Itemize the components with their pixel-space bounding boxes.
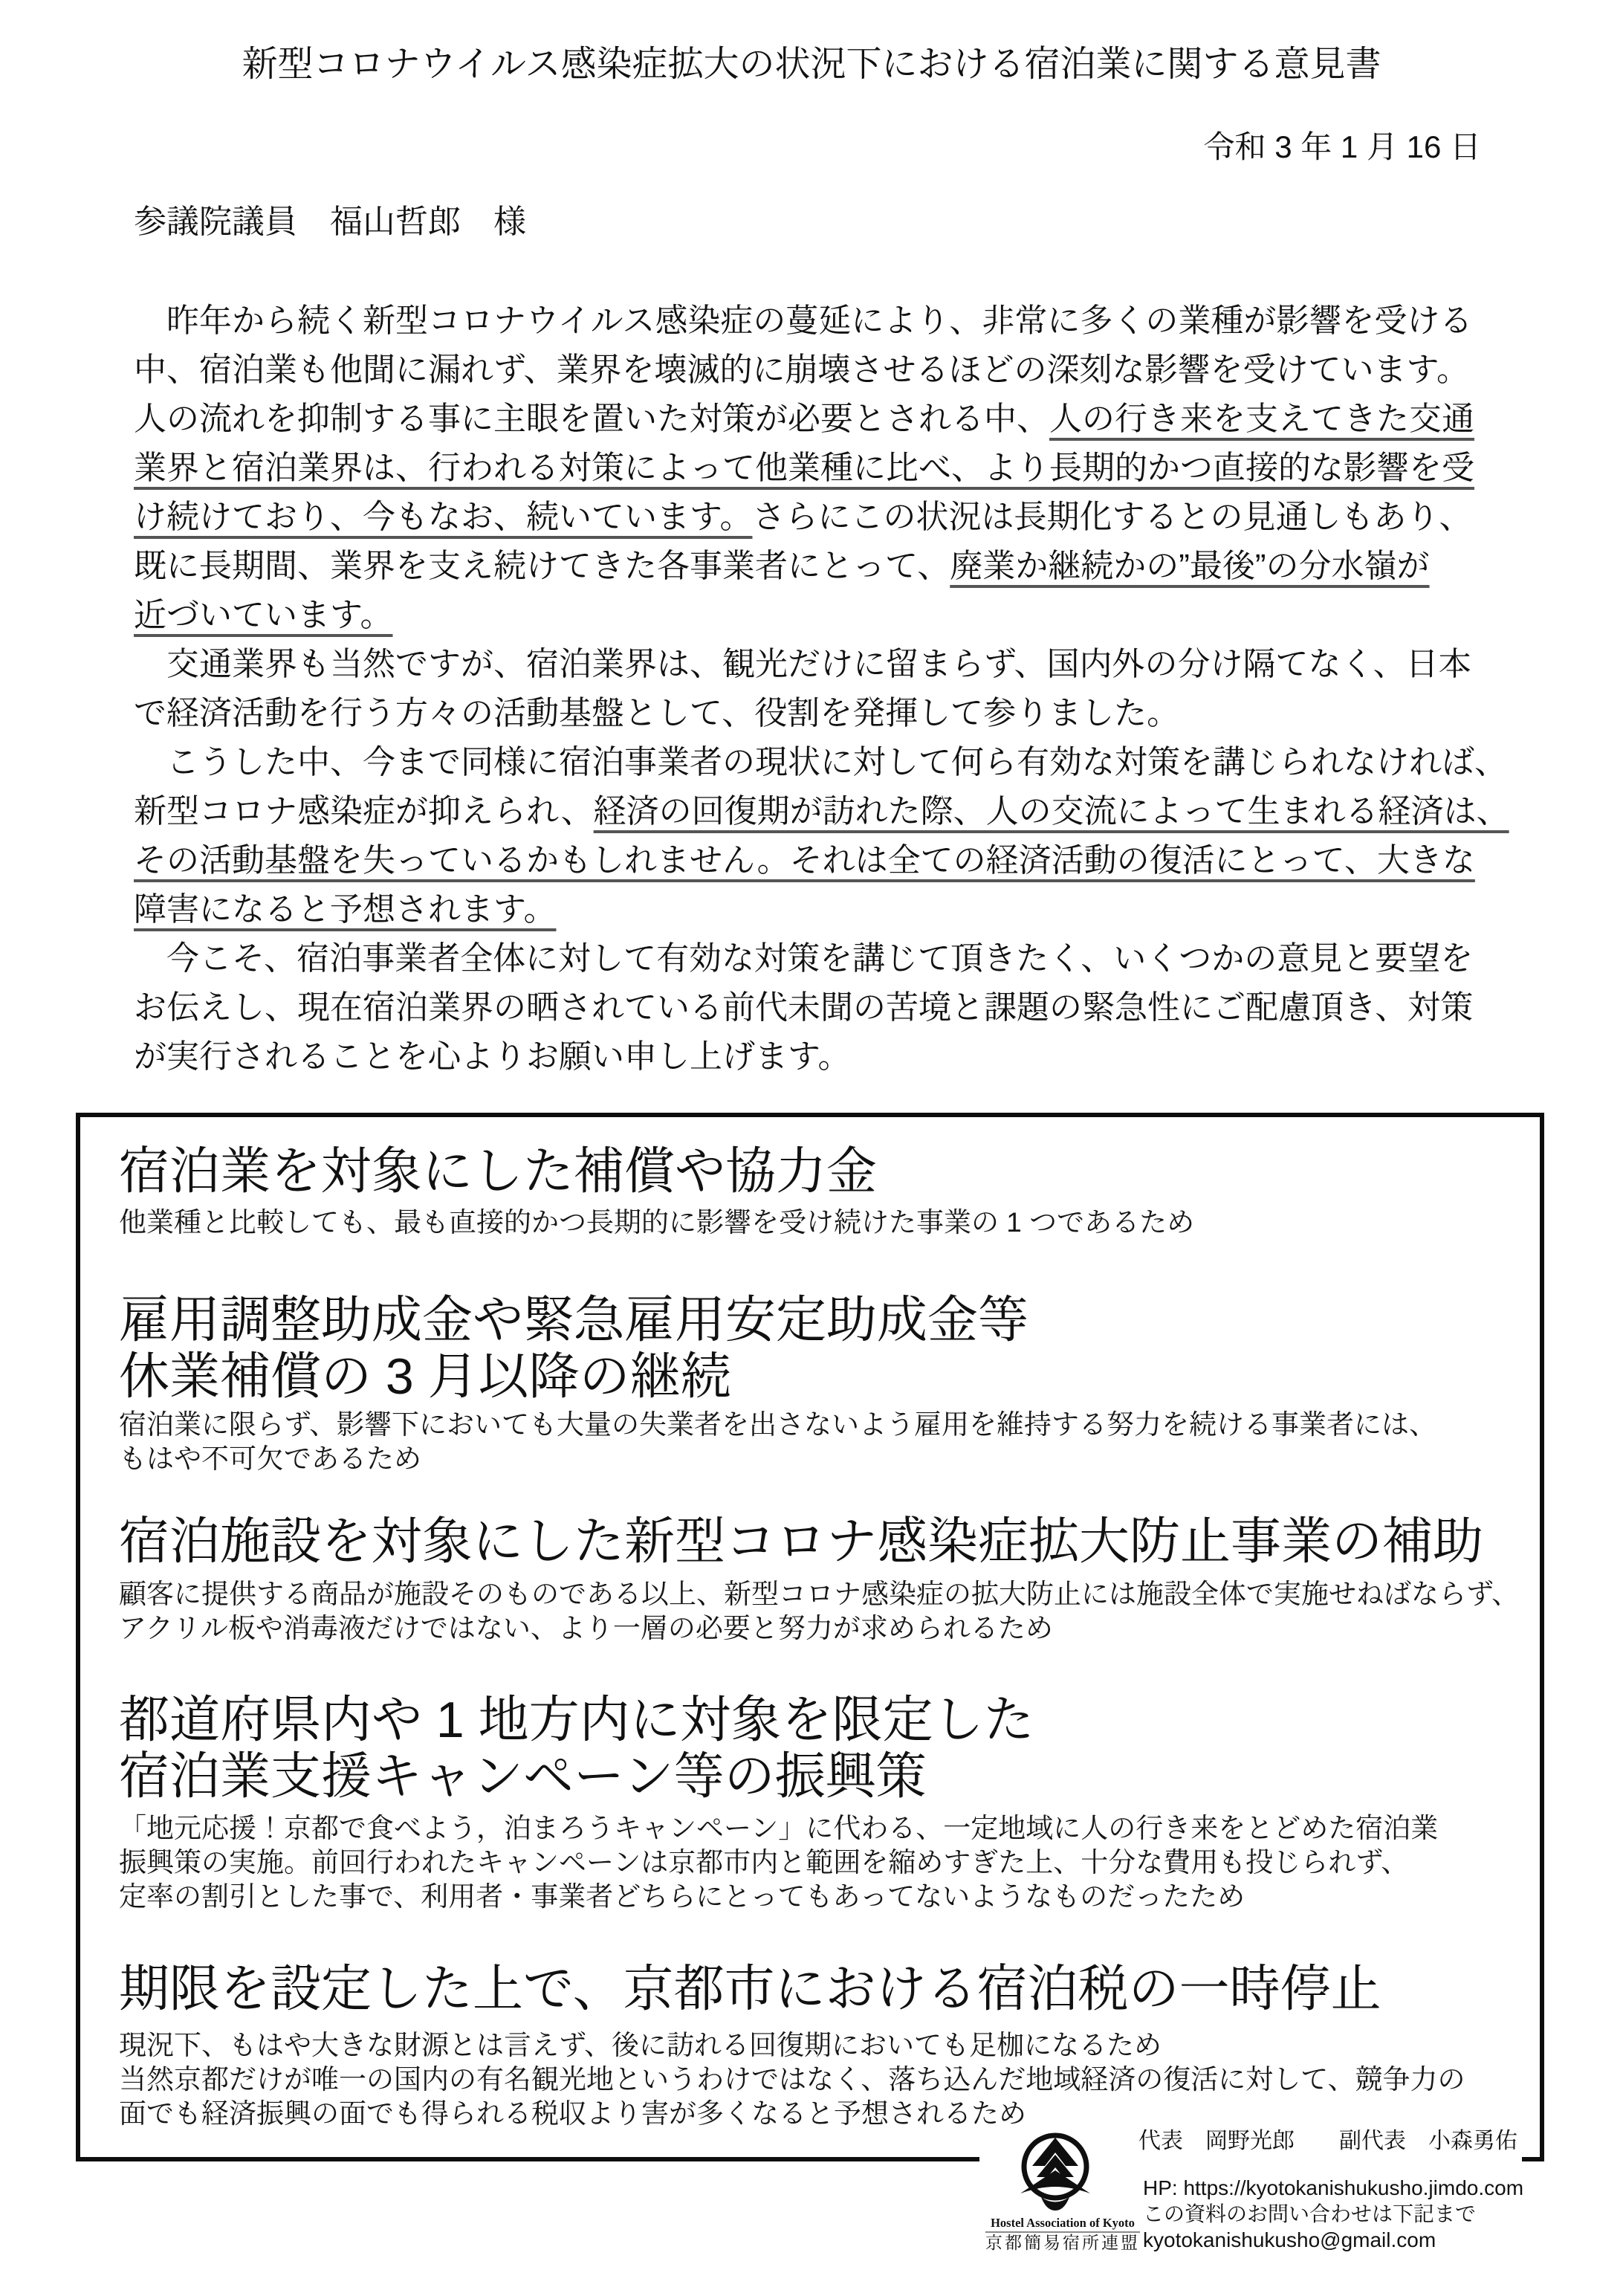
document-date: 令和 3 年 1 月 16 日 <box>1204 128 1481 166</box>
underlined-text: 障害になると予想されます。 <box>134 891 556 928</box>
demand-heading: 宿泊業を対象にした補償や協力金 <box>119 1143 1525 1200</box>
demand-item-employment-subsidy: 雇用調整助成金や緊急雇用安定助成金等休業補償の 3 月以降の継続 宿泊業に限らず… <box>119 1292 1525 1476</box>
text-segment: 新型コロナ感染症が抑えられ、 <box>134 793 594 830</box>
body-line: 中、宿泊業も他聞に漏れず、業界を壊滅的に崩壊させるほどの深刻な影響を受けています… <box>134 346 1505 395</box>
demand-reason-line: 「地元応援！京都で食べよう，泊まろうキャンペーン」に代わる、一定地域に人の行き来… <box>119 1811 1525 1846</box>
body-line: 新型コロナ感染症が抑えられ、経済の回復期が訪れた際、人の交流によって生まれる経済… <box>134 787 1505 836</box>
org-name-english: Hostel Association of Kyoto <box>985 2216 1140 2233</box>
body-line: 交通業界も当然ですが、宿泊業界は、観光だけに留まらず、国内外の分け隔てなく、日本 <box>134 640 1505 689</box>
demand-heading: 期限を設定した上で、京都市における宿泊税の一時停止 <box>119 1961 1525 2017</box>
demand-item-lodging-tax-suspension: 期限を設定した上で、京都市における宿泊税の一時停止 現況下、もはや大きな財源とは… <box>119 1961 1525 2131</box>
demand-reason-line: 振興策の実施。前回行われたキャンペーンは京都市内と範囲を縮めすぎた上、十分な費用… <box>119 1846 1525 1880</box>
underlined-text: 人の行き来を支えてきた交通 <box>1049 401 1474 437</box>
demand-heading: 都道府県内や 1 地方内に対象を限定した宿泊業支援キャンペーン等の振興策 <box>119 1692 1525 1805</box>
underlined-text: 近づいています。 <box>134 597 392 633</box>
body-line: その活動基盤を失っているかもしれません。それは全ての経済活動の復活にとって、大き… <box>134 836 1505 885</box>
text-segment: 既に長期間、業界を支え続けてきた各事業者にとって、 <box>134 548 950 584</box>
text-segment: 交通業界も当然ですが、宿泊業界は、観光だけに留まらず、国内外の分け隔てなく、日本 <box>134 646 1471 682</box>
underlined-text: 廃業か継続かの”最後”の分水嶺が <box>950 548 1429 584</box>
underlined-text: 経済の回復期が訪れた際、人の交流によって生まれる経済は、 <box>594 793 1509 830</box>
demand-reason-line: 顧客に提供する商品が施設そのものである以上、新型コロナ感染症の拡大防止には施設全… <box>119 1577 1525 1611</box>
body-line: 近づいています。 <box>134 591 1505 640</box>
demand-reason-line: 現況下、もはや大きな財源とは言えず、後に訪れる回復期においても足枷になるため <box>119 2028 1525 2063</box>
text-segment: 中、宿泊業も他聞に漏れず、業界を壊滅的に崩壊させるほどの深刻な影響を受けています… <box>134 352 1469 388</box>
demand-reason-line: アクリル板や消毒液だけではない、より一層の必要と努力が求められるため <box>119 1611 1525 1646</box>
org-name-japanese: 京都簡易宿所連盟 <box>985 2233 1140 2254</box>
demand-reason: 現況下、もはや大きな財源とは言えず、後に訪れる回復期においても足枷になるため当然… <box>119 2028 1525 2131</box>
demand-reason-line: 当然京都だけが唯一の国内の有名観光地というわけではなく、落ち込んだ地域経済の復活… <box>119 2063 1525 2097</box>
representatives-line: 代表 岡野光郎 副代表 小森勇佑 <box>1138 2127 1517 2156</box>
demand-heading-line: 宿泊業支援キャンペーン等の振興策 <box>119 1748 1525 1805</box>
demand-heading-line: 宿泊業を対象にした補償や協力金 <box>119 1143 1525 1200</box>
demand-heading-line: 宿泊施設を対象にした新型コロナ感染症拡大防止事業の補助 <box>119 1513 1525 1570</box>
demand-reason-line: 他業種と比較しても、最も直接的かつ長期的に影響を受け続けた事業の 1 つであるた… <box>119 1206 1525 1240</box>
hostel-association-logo-icon <box>1018 2132 1092 2215</box>
underlined-text: 業界と宿泊業界は、行われる対策によって他業種に比べ、より長期的かつ直接的な影響を… <box>134 450 1474 486</box>
demand-heading-line: 都道府県内や 1 地方内に対象を限定した <box>119 1692 1525 1748</box>
contact-email: kyotokanishukusho@gmail.com <box>1143 2227 1523 2253</box>
body-line: こうした中、今まで同様に宿泊事業者の現状に対して何ら有効な対策を講じられなければ… <box>134 738 1505 787</box>
body-line: 人の流れを抑制する事に主眼を置いた対策が必要とされる中、人の行き来を支えてきた交… <box>134 395 1505 444</box>
demand-reason-line: 面でも経済振興の面でも得られる税収より害が多くなると予想されるため <box>119 2097 1525 2131</box>
demand-item-compensation: 宿泊業を対象にした補償や協力金 他業種と比較しても、最も直接的かつ長期的に影響を… <box>119 1143 1525 1240</box>
body-line: け続けており、今もなお、続いています。さらにこの状況は長期化するとの見通しもあり… <box>134 493 1505 542</box>
contact-block: HP: https://kyotokanishukusho.jimdo.com … <box>1143 2175 1523 2253</box>
text-segment: が実行されることを心よりお願い申し上げます。 <box>134 1038 850 1075</box>
text-segment: で経済活動を行う方々の活動基盤として、役割を発揮して参りました。 <box>134 695 1179 731</box>
body-line: 既に長期間、業界を支え続けてきた各事業者にとって、廃業か継続かの”最後”の分水嶺… <box>134 542 1505 591</box>
contact-note: この資料のお問い合わせは下記まで <box>1143 2201 1523 2227</box>
demand-reason-line: もはや不可欠であるため <box>119 1442 1525 1476</box>
underlined-text: その活動基盤を失っているかもしれません。それは全ての経済活動の復活にとって、大き… <box>134 842 1475 879</box>
document-title: 新型コロナウイルス感染症拡大の状況下における宿泊業に関する意見書 <box>0 43 1623 86</box>
body-line: 今こそ、宿泊事業者全体に対して有効な対策を講じて頂きたく、いくつかの意見と要望を <box>134 934 1505 983</box>
text-segment: こうした中、今まで同様に宿泊事業者の現状に対して何ら有効な対策を講じられなければ… <box>134 744 1507 780</box>
demand-item-infection-prevention: 宿泊施設を対象にした新型コロナ感染症拡大防止事業の補助 顧客に提供する商品が施設… <box>119 1513 1525 1646</box>
body-line: で経済活動を行う方々の活動基盤として、役割を発揮して参りました。 <box>134 689 1505 738</box>
demand-heading-line: 雇用調整助成金や緊急雇用安定助成金等 <box>119 1292 1525 1348</box>
text-segment: さらにこの状況は長期化するとの見通しもあり、 <box>752 499 1471 535</box>
text-segment: 人の流れを抑制する事に主眼を置いた対策が必要とされる中、 <box>134 401 1049 437</box>
document-page: 新型コロナウイルス感染症拡大の状況下における宿泊業に関する意見書 令和 3 年 … <box>0 0 1623 2296</box>
underlined-text: け続けており、今もなお、続いています。 <box>134 499 752 535</box>
demand-reason-line: 定率の割引とした事で、利用者・事業者どちらにとってもあってないようなものだったた… <box>119 1880 1525 1914</box>
demand-item-regional-campaign: 都道府県内や 1 地方内に対象を限定した宿泊業支援キャンペーン等の振興策 「地元… <box>119 1692 1525 1914</box>
text-segment: お伝えし、現在宿泊業界の晒されている前代未聞の苦境と課題の緊急性にご配慮頂き、対… <box>134 989 1473 1026</box>
body-line: が実行されることを心よりお願い申し上げます。 <box>134 1032 1505 1081</box>
website-url: HP: https://kyotokanishukusho.jimdo.com <box>1143 2175 1523 2201</box>
body-line: 昨年から続く新型コロナウイルス感染症の蔓延により、非常に多くの業種が影響を受ける <box>134 297 1505 346</box>
text-segment: 今こそ、宿泊事業者全体に対して有効な対策を講じて頂きたく、いくつかの意見と要望を <box>134 940 1473 977</box>
demand-reason: 「地元応援！京都で食べよう，泊まろうキャンペーン」に代わる、一定地域に人の行き来… <box>119 1811 1525 1914</box>
demand-reason-line: 宿泊業に限らず、影響下においても大量の失業者を出さないよう雇用を維持する努力を続… <box>119 1408 1525 1442</box>
demand-reason: 宿泊業に限らず、影響下においても大量の失業者を出さないよう雇用を維持する努力を続… <box>119 1408 1525 1476</box>
demand-reason: 顧客に提供する商品が施設そのものである以上、新型コロナ感染症の拡大防止には施設全… <box>119 1577 1525 1646</box>
addressee-line: 参議院議員 福山哲郎 様 <box>134 202 526 242</box>
text-segment: 昨年から続く新型コロナウイルス感染症の蔓延により、非常に多くの業種が影響を受ける <box>134 303 1472 339</box>
body-line: 障害になると予想されます。 <box>134 885 1505 934</box>
body-paragraphs: 昨年から続く新型コロナウイルス感染症の蔓延により、非常に多くの業種が影響を受ける… <box>134 297 1505 1081</box>
body-line: お伝えし、現在宿泊業界の晒されている前代未聞の苦境と課題の緊急性にご配慮頂き、対… <box>134 983 1505 1032</box>
demand-heading: 宿泊施設を対象にした新型コロナ感染症拡大防止事業の補助 <box>119 1513 1525 1570</box>
body-line: 業界と宿泊業界は、行われる対策によって他業種に比べ、より長期的かつ直接的な影響を… <box>134 444 1505 493</box>
demand-heading-line: 休業補償の 3 月以降の継続 <box>119 1348 1525 1405</box>
demands-box: 宿泊業を対象にした補償や協力金 他業種と比較しても、最も直接的かつ長期的に影響を… <box>76 1113 1544 2161</box>
demand-heading-line: 期限を設定した上で、京都市における宿泊税の一時停止 <box>119 1961 1525 2017</box>
demand-heading: 雇用調整助成金や緊急雇用安定助成金等休業補償の 3 月以降の継続 <box>119 1292 1525 1405</box>
demand-reason: 他業種と比較しても、最も直接的かつ長期的に影響を受け続けた事業の 1 つであるた… <box>119 1206 1525 1240</box>
